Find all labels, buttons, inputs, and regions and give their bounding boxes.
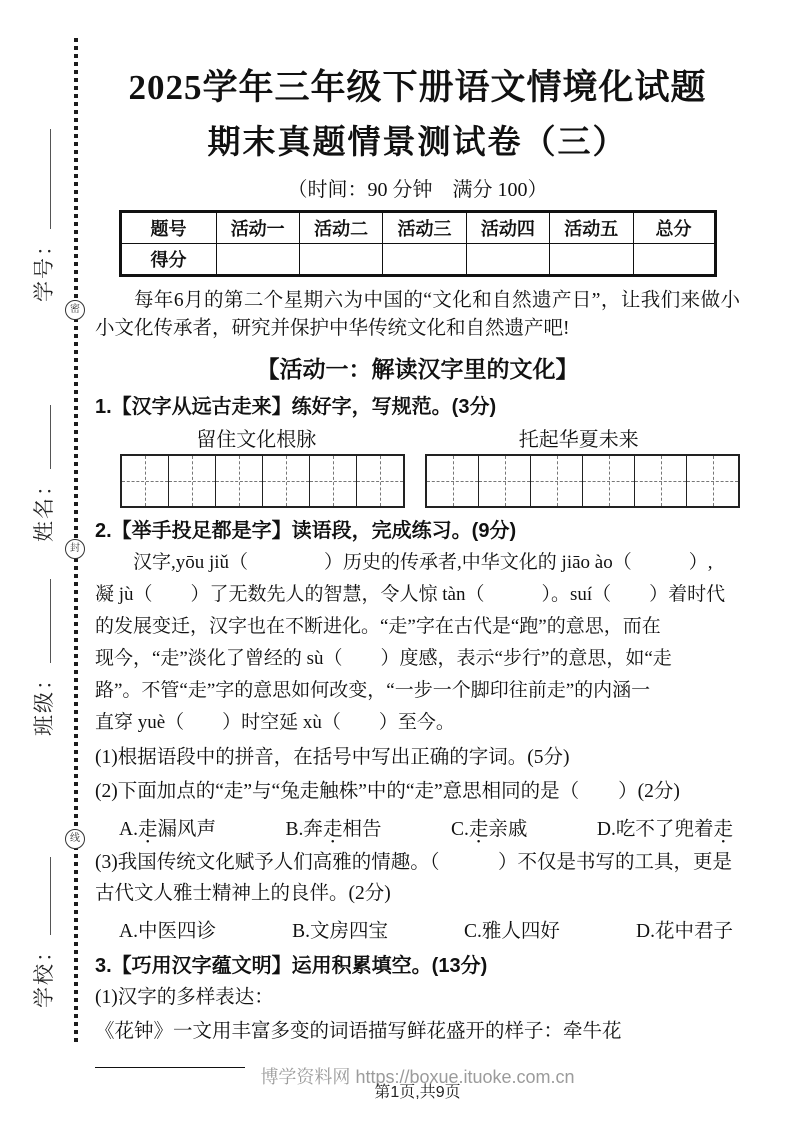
writing-cell [357,456,403,506]
option-b: B.文房四宝 [292,915,388,943]
intro-paragraph: 每年6月的第二个星期六为中国的“文化和自然遗产日”，让我们来做小小文化传承者，研… [95,287,740,343]
q1-stem: 1.【汉字从远古走来】练好字，写规范。(3分) [95,390,740,419]
seal-char-feng: 封 [65,539,85,559]
score-row-label: 得分 [120,244,216,276]
paper-title-line1: 2025学年三年级下册语文情境化试题 [95,60,740,110]
seal-char-mi: 密 [65,300,85,320]
q3-line1-text: 《花钟》一文用丰富多变的词语描写鲜花盛开的样子：牵牛花 [95,1021,622,1042]
option-d: D.吃不了兜着走 [597,813,733,841]
option-b: B.奔走相告 [286,813,382,841]
writing-grid-labels: 留住文化根脉 托起华夏未来 [95,423,740,452]
option-a: A.中医四诊 [119,915,216,943]
q3-stem: 3.【巧用汉字蕴文明】运用积累填空。(13分) [95,949,740,978]
class-blank [34,579,51,663]
option-c: C.走亲戚 [451,813,527,841]
option-a: A.走漏风声 [119,813,216,841]
writing-grid-right [425,454,740,508]
school-field: 学校： [28,853,58,1008]
q2-sub1: (1)根据语段中的拼音，在括号中写出正确的字词。(5分) [95,742,740,773]
writing-grid-left [120,454,405,508]
score-table-score-row: 得分 [120,244,715,276]
score-empty-cell [216,244,299,276]
writing-cell [583,456,635,506]
grid-label-left: 留住文化根脉 [95,423,418,452]
seal-char-xian: 线 [65,829,85,849]
q2-stem: 2.【举手投足都是字】读语段，完成练习。(9分) [95,514,740,543]
writing-cell [531,456,583,506]
score-header-cell: 活动一 [216,212,299,244]
score-header-cell: 活动三 [383,212,466,244]
school-blank [34,857,51,935]
q2-passage: 汉字,yōu jiǔ（ ）历史的传承者,中华文化的 jiāo ào（ ）, 凝 … [95,547,740,739]
writing-cell [263,456,310,506]
section1-heading: 【活动一：解读汉字里的文化】 [95,351,740,384]
exam-paper-page: 密 封 线 学号： 姓名： 班级： 学校： 2025学年三年级下册语文情境化试题… [0,0,793,1122]
writing-cell [427,456,479,506]
class-label: 班级： [32,667,56,736]
grid-label-right: 托起华夏未来 [418,423,741,452]
q2-sub3: (3)我国传统文化赋予人们高雅的情趣。（ ）不仅是书写的工具，更是古代文人雅士精… [95,847,740,909]
score-header-cell: 题号 [120,212,216,244]
writing-cell [169,456,216,506]
page-number: 第1页,共9页 [95,1079,740,1102]
writing-cell [479,456,531,506]
score-header-cell: 活动五 [550,212,633,244]
passage-line: 路”。不管“走”字的意思如何改变，“一步一个脚印往前走”的内涵一 [95,675,740,707]
writing-cell [635,456,687,506]
passage-line: 的发展变迁，汉字也在不断进化。“走”字在古代是“跑”的意思，而在 [95,611,740,643]
school-label: 学校： [32,939,56,1008]
score-empty-cell [466,244,549,276]
paper-subtitle: （时间：90 分钟 满分 100） [95,173,740,202]
score-empty-cell [550,244,633,276]
score-empty-cell [383,244,466,276]
score-header-cell: 活动二 [299,212,382,244]
writing-grids [95,454,740,508]
class-field: 班级： [28,574,58,736]
main-content: 2025学年三年级下册语文情境化试题 期末真题情景测试卷（三） （时间：90 分… [95,52,740,1081]
student-id-field: 学号： [28,120,58,302]
passage-line: 直穿 yuè（ ）时空延 xù（ ）至今。 [95,707,740,739]
writing-cell [122,456,169,506]
option-d: D.花中君子 [636,915,733,943]
score-table: 题号 活动一 活动二 活动三 活动四 活动五 总分 得分 [119,210,717,277]
paper-title-line2: 期末真题情景测试卷（三） [95,116,740,163]
q3-sub1: (1)汉字的多样表达： [95,982,740,1013]
score-empty-cell [299,244,382,276]
score-header-cell: 活动四 [466,212,549,244]
student-id-label: 学号： [32,233,56,302]
passage-line: 凝 jù（ ）了无数先人的智慧，令人惊 tàn（ ）。suí（ ）着时代 [95,579,740,611]
student-id-blank [34,129,51,229]
name-label: 姓名： [32,473,56,542]
score-table-header-row: 题号 活动一 活动二 活动三 活动四 活动五 总分 [120,212,715,244]
writing-cell [216,456,263,506]
option-c: C.雅人四好 [464,915,560,943]
q2-sub3-options: A.中医四诊 B.文房四宝 C.雅人四好 D.花中君子 [95,915,733,943]
score-empty-cell [633,244,715,276]
name-field: 姓名： [28,400,58,542]
score-header-cell: 总分 [633,212,715,244]
name-blank [34,405,51,469]
writing-cell [687,456,738,506]
q2-sub2: (2)下面加点的“走”与“兔走触株”中的“走”意思相同的是（ ）(2分) [95,776,740,807]
passage-line: 现今，“走”淡化了曾经的 sù（ ）度感，表示“步行”的意思，如“走 [95,643,740,675]
writing-cell [310,456,357,506]
passage-line: 汉字,yōu jiǔ（ ）历史的传承者,中华文化的 jiāo ào（ ）, [95,547,740,579]
q2-sub2-options: A.走漏风声 B.奔走相告 C.走亲戚 D.吃不了兜着走 [95,813,733,841]
